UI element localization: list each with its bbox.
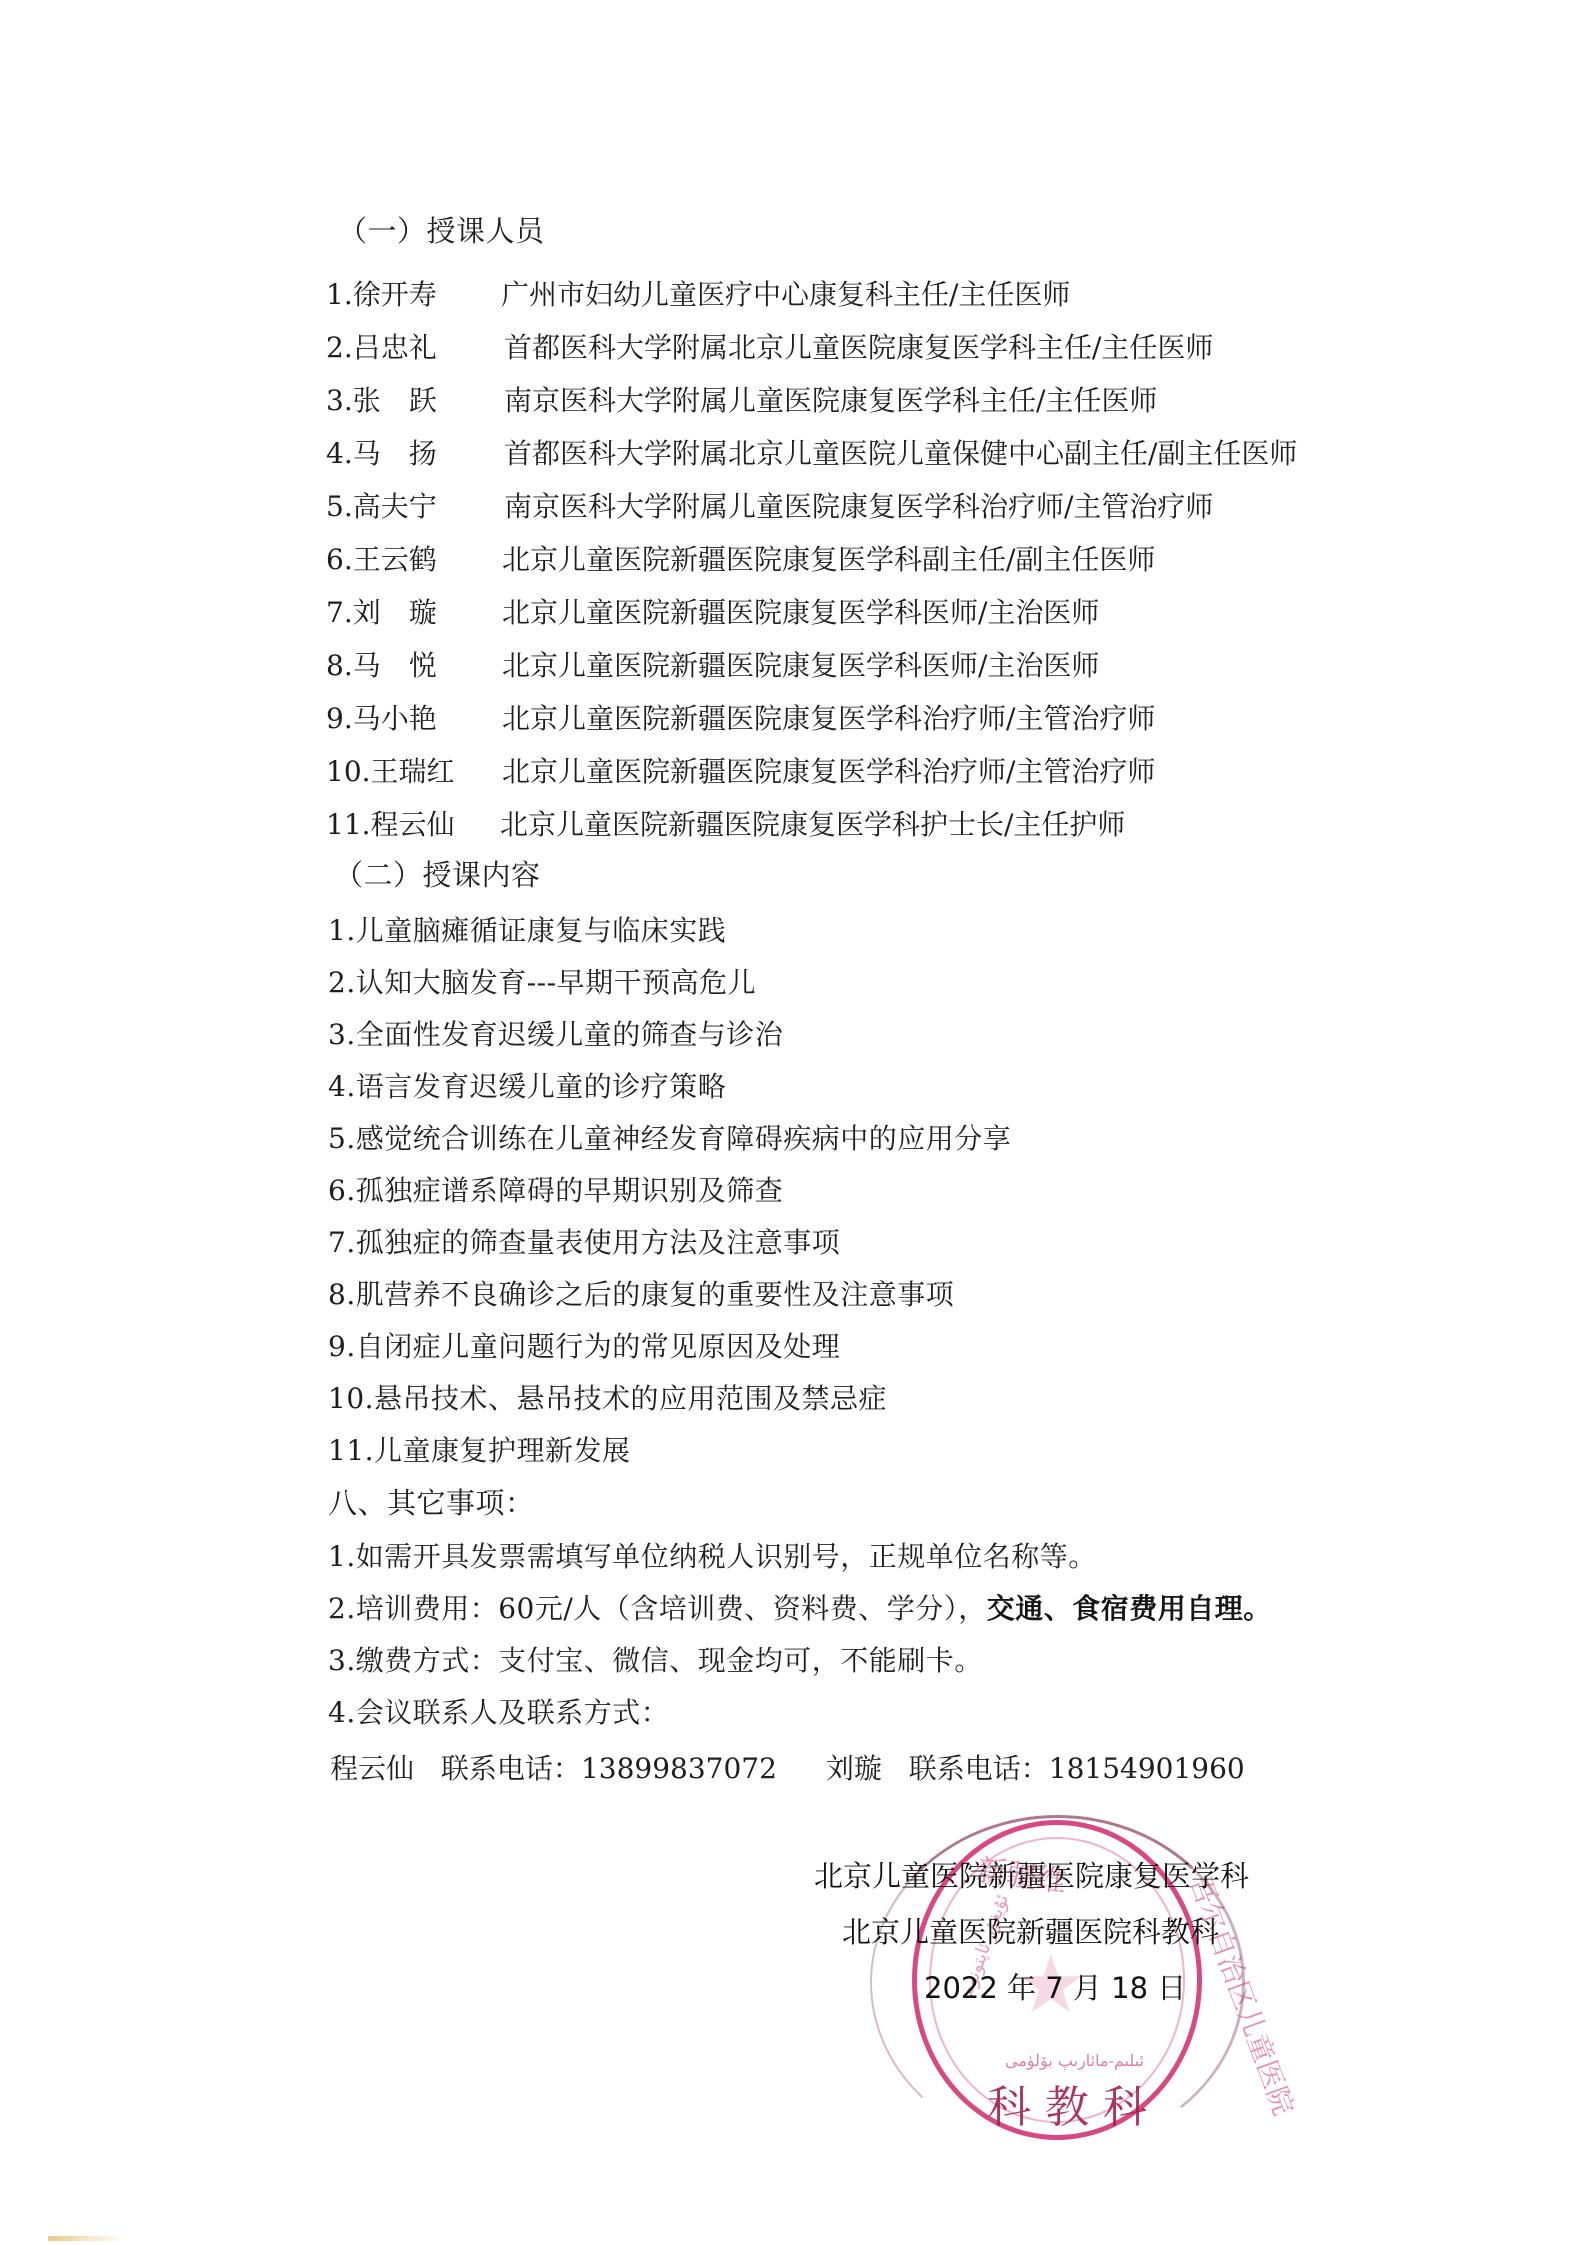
- teacher-row: 4.马 扬 首都医科大学附属北京儿童医院儿童保健中心副主任/副主任医师: [326, 437, 1426, 471]
- teacher-title: 北京儿童医院新疆医院康复医学科护士长/主任护师: [500, 808, 1125, 842]
- teacher-title: 北京儿童医院新疆医院康复医学科治疗师/主管治疗师: [502, 755, 1155, 789]
- teacher-name: 8.马 悦: [326, 649, 437, 683]
- course-item: 8.肌营养不良确诊之后的康复的重要性及注意事项: [328, 1278, 954, 1312]
- teacher-name: 3.张 跃: [326, 384, 437, 418]
- teacher-title: 北京儿童医院新疆医院康复医学科医师/主治医师: [502, 596, 1099, 630]
- signature-org-2: 北京儿童医院新疆医院科教科: [842, 1914, 1219, 1950]
- scan-edge-mark: [48, 2236, 128, 2241]
- signature-org-1: 北京儿童医院新疆医院康复医学科: [814, 1858, 1249, 1894]
- other-item: 2.培训费用：60元/人（含培训费、资料费、学分），交通、食宿费用自理。: [328, 1592, 1272, 1626]
- teacher-row: 1.徐开寿 广州市妇幼儿童医疗中心康复科主任/主任医师: [326, 278, 1426, 312]
- signature-date: 2022 年 7 月 18 日: [924, 1970, 1186, 2006]
- teacher-name: 6.王云鹤: [326, 543, 437, 577]
- teacher-name: 1.徐开寿: [326, 278, 437, 312]
- course-item: 11.儿童康复护理新发展: [328, 1434, 631, 1468]
- teacher-name: 11.程云仙: [326, 808, 455, 842]
- teacher-name: 2.吕忠礼: [326, 331, 437, 365]
- other-item: 1.如需开具发票需填写单位纳税人识别号，正规单位名称等。: [328, 1540, 1097, 1574]
- course-item: 7.孤独症的筛查量表使用方法及注意事项: [328, 1226, 840, 1260]
- teacher-name: 10.王瑞红: [326, 755, 455, 789]
- course-item: 10.悬吊技术、悬吊技术的应用范围及禁忌症: [328, 1382, 887, 1416]
- teacher-title: 北京儿童医院新疆医院康复医学科治疗师/主管治疗师: [502, 702, 1155, 736]
- other-item-bold-text: 交通、食宿费用自理。: [987, 1592, 1272, 1625]
- section-heading-content: （二）授课内容: [334, 858, 541, 892]
- course-item: 3.全面性发育迟缓儿童的筛查与诊治: [328, 1018, 783, 1052]
- teacher-name: 5.高夫宁: [326, 490, 437, 524]
- contact-label: 联系电话：: [441, 1752, 581, 1786]
- course-item: 9.自闭症儿童问题行为的常见原因及处理: [328, 1330, 840, 1364]
- teacher-title: 北京儿童医院新疆医院康复医学科副主任/副主任医师: [502, 543, 1155, 577]
- contact-list: 程云仙 联系电话：13899837072 刘璇 联系电话：18154901960: [330, 1752, 1245, 1786]
- course-item: 2.认知大脑发育---早期干预高危儿: [328, 966, 756, 1000]
- teacher-title: 南京医科大学附属儿童医院康复医学科治疗师/主管治疗师: [504, 490, 1213, 524]
- teacher-title: 南京医科大学附属儿童医院康复医学科主任/主任医师: [504, 384, 1157, 418]
- course-item: 5.感觉统合训练在儿童神经发育障碍疾病中的应用分享: [328, 1122, 1011, 1156]
- document-page: （一）授课人员 1.徐开寿 广州市妇幼儿童医疗中心康复科主任/主任医师 2.吕忠…: [0, 0, 1586, 2245]
- teacher-title: 北京儿童医院新疆医院康复医学科医师/主治医师: [502, 649, 1099, 683]
- teacher-name: 9.马小艳: [326, 702, 437, 736]
- other-item: 4.会议联系人及联系方式：: [328, 1696, 669, 1730]
- teacher-name: 7.刘 璇: [326, 596, 437, 630]
- teacher-row: 5.高夫宁 南京医科大学附属儿童医院康复医学科治疗师/主管治疗师: [326, 490, 1426, 524]
- other-item-text: 2.培训费用：60元/人（含培训费、资料费、学分），: [328, 1592, 987, 1625]
- teacher-title: 首都医科大学附属北京儿童医院康复医学科主任/主任医师: [504, 331, 1213, 365]
- teacher-row: 8.马 悦 北京儿童医院新疆医院康复医学科医师/主治医师: [326, 649, 1426, 683]
- teacher-title: 首都医科大学附属北京儿童医院儿童保健中心副主任/副主任医师: [504, 437, 1297, 471]
- teacher-name: 4.马 扬: [326, 437, 437, 471]
- course-item: 4.语言发育迟缓儿童的诊疗策略: [328, 1070, 726, 1104]
- teacher-row: 3.张 跃 南京医科大学附属儿童医院康复医学科主任/主任医师: [326, 384, 1426, 418]
- teacher-row: 9.马小艳 北京儿童医院新疆医院康复医学科治疗师/主管治疗师: [326, 702, 1426, 736]
- contact-name: 刘璇: [826, 1752, 882, 1786]
- stamp-uyghur-text: ئىلىم-مائارىپ بۆلۈمى: [1005, 2051, 1144, 2070]
- other-item: 3.缴费方式：支付宝、微信、现金均可，不能刷卡。: [328, 1644, 983, 1678]
- teacher-row: 2.吕忠礼 首都医科大学附属北京儿童医院康复医学科主任/主任医师: [326, 331, 1426, 365]
- contact-phone: 18154901960: [1049, 1752, 1245, 1786]
- teacher-row: 10.王瑞红 北京儿童医院新疆医院康复医学科治疗师/主管治疗师: [326, 755, 1426, 789]
- teacher-title: 广州市妇幼儿童医疗中心康复科主任/主任医师: [501, 278, 1070, 312]
- section-heading-teachers: （一）授课人员: [338, 214, 545, 248]
- stamp-bottom-text: 科教科: [987, 2071, 1161, 2135]
- contact-label: 联系电话：: [909, 1752, 1049, 1786]
- teacher-row: 6.王云鹤 北京儿童医院新疆医院康复医学科副主任/副主任医师: [326, 543, 1426, 577]
- course-item: 6.孤独症谱系障碍的早期识别及筛查: [328, 1174, 783, 1208]
- teacher-row: 11.程云仙 北京儿童医院新疆医院康复医学科护士长/主任护师: [326, 808, 1426, 842]
- section-heading-other: 八、其它事项：: [328, 1486, 535, 1520]
- course-item: 1.儿童脑瘫循证康复与临床实践: [328, 914, 726, 948]
- contact-phone: 13899837072: [581, 1752, 777, 1786]
- teacher-row: 7.刘 璇 北京儿童医院新疆医院康复医学科医师/主治医师: [326, 596, 1426, 630]
- contact-name: 程云仙: [330, 1752, 414, 1786]
